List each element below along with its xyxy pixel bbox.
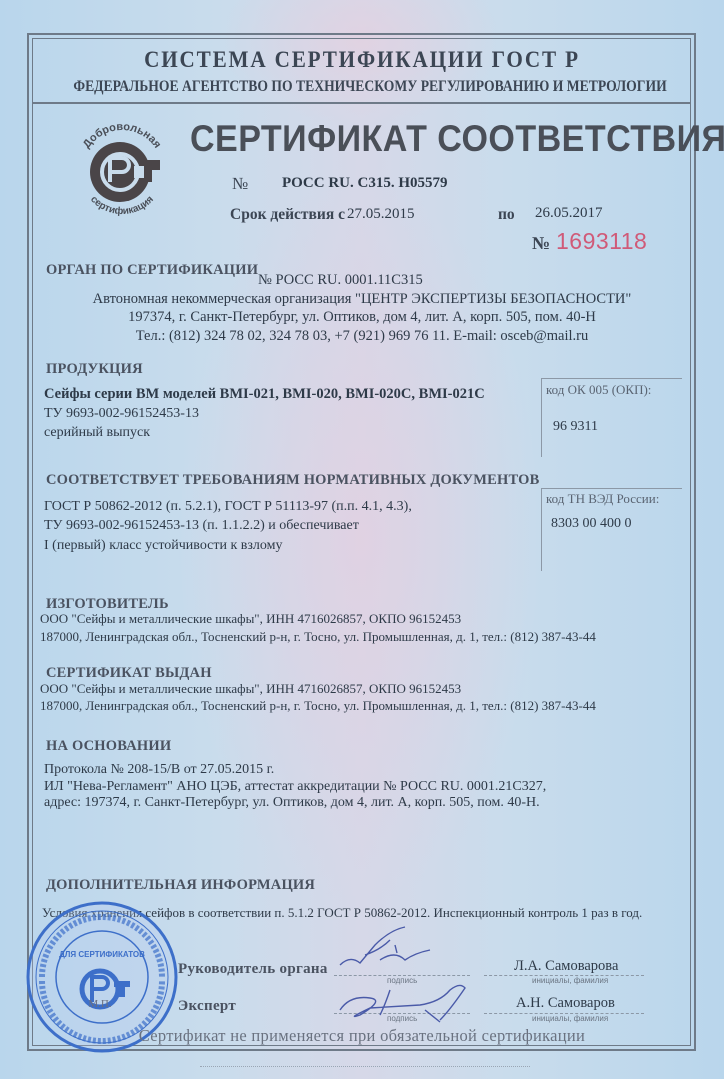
valid-from-date: 27.05.2015 bbox=[347, 206, 415, 223]
stamp-mp-text: М.П. bbox=[88, 998, 111, 1010]
header-divider bbox=[32, 102, 691, 104]
additional-info-heading: ДОПОЛНИТЕЛЬНАЯ ИНФОРМАЦИЯ bbox=[46, 877, 315, 894]
certification-body-number: № РОСС RU. 0001.11С315 bbox=[258, 272, 423, 289]
head-of-body-label: Руководитель органа bbox=[178, 961, 328, 978]
expert-name: А.Н. Самоваров bbox=[516, 995, 615, 1012]
issued-to-address: 187000, Ленинградская обл., Тосненский р… bbox=[40, 698, 596, 714]
basis-line-1: Протокола № 208-15/В от 27.05.2015 г. bbox=[44, 762, 274, 778]
product-production-type: серийный выпуск bbox=[44, 425, 150, 441]
expert-label: Эксперт bbox=[178, 998, 236, 1015]
rosstandart-logo-icon: Добровольная сертификация bbox=[72, 120, 172, 220]
head-signature-icon bbox=[335, 925, 445, 975]
stamp-center-text: ДЛЯ СЕРТИФИКАТОВ bbox=[59, 950, 145, 959]
basis-line-2: ИЛ "Нева-Регламент" АНО ЦЭБ, аттестат ак… bbox=[44, 779, 546, 795]
agency-name: ФЕДЕРАЛЬНОЕ АГЕНТСТВО ПО ТЕХНИЧЕСКОМУ РЕ… bbox=[73, 78, 650, 96]
product-name: Сейфы серии ВМ моделей BMI-021, BMI-020,… bbox=[44, 386, 485, 403]
valid-to-date: 26.05.2017 bbox=[535, 205, 603, 222]
conformity-line-2: ТУ 9693-002-96152453-13 (п. 1.1.2.2) и о… bbox=[44, 518, 359, 534]
expert-name-caption: инициалы, фамилия bbox=[532, 1014, 608, 1023]
tnved-value: 8303 00 400 0 bbox=[551, 516, 632, 532]
head-name: Л.А. Самоварова bbox=[514, 958, 618, 975]
okp-value: 96 9311 bbox=[553, 419, 598, 435]
conformity-line-3: I (первый) класс устойчивости к взлому bbox=[44, 538, 283, 554]
product-heading: ПРОДУКЦИЯ bbox=[46, 361, 143, 378]
blank-serial-number: 1693118 bbox=[556, 228, 647, 255]
basis-line-3: адрес: 197374, г. Санкт-Петербург, ул. О… bbox=[44, 795, 540, 811]
issued-to-name: ООО "Сейфы и металлические шкафы", ИНН 4… bbox=[40, 681, 461, 697]
footer-microprint bbox=[200, 1066, 530, 1070]
manufacturer-name: ООО "Сейфы и металлические шкафы", ИНН 4… bbox=[40, 611, 461, 627]
conformity-heading: СООТВЕТСТВУЕТ ТРЕБОВАНИЯМ НОРМАТИВНЫХ ДО… bbox=[46, 472, 540, 489]
registration-number: РОСС RU. С315. Н05579 bbox=[282, 175, 448, 192]
basis-heading: НА ОСНОВАНИИ bbox=[46, 738, 171, 755]
head-name-caption: инициалы, фамилия bbox=[532, 976, 608, 985]
number-symbol: № bbox=[232, 174, 248, 194]
certification-body-heading: ОРГАН ПО СЕРТИФИКАЦИИ bbox=[46, 262, 258, 279]
tnved-label: код ТН ВЭД России: bbox=[546, 491, 659, 507]
issued-to-heading: СЕРТИФИКАТ ВЫДАН bbox=[46, 665, 212, 682]
certificate-title: СЕРТИФИКАТ СООТВЕТСТВИЯ bbox=[190, 118, 724, 160]
certification-body-address: 197374, г. Санкт-Петербург, ул. Оптиков,… bbox=[0, 309, 724, 326]
product-spec: ТУ 9693-002-96152453-13 bbox=[44, 406, 199, 422]
voluntary-notice: Сертификат не применяется при обязательн… bbox=[0, 1026, 724, 1046]
manufacturer-address: 187000, Ленинградская обл., Тосненский р… bbox=[40, 629, 596, 645]
system-title: СИСТЕМА СЕРТИФИКАЦИИ ГОСТ Р bbox=[29, 47, 695, 73]
validity-label: Срок действия с bbox=[230, 206, 345, 224]
certification-body-name: Автономная некоммерческая организация "Ц… bbox=[0, 291, 724, 308]
certification-body-contacts: Тел.: (812) 324 78 02, 324 78 03, +7 (92… bbox=[0, 328, 724, 345]
valid-to-label: по bbox=[498, 206, 515, 224]
blank-serial-symbol: № bbox=[532, 233, 550, 254]
conformity-line-1: ГОСТ Р 50862-2012 (п. 5.2.1), ГОСТ Р 511… bbox=[44, 499, 412, 515]
expert-signature-icon bbox=[330, 980, 480, 1025]
okp-label: код ОК 005 (ОКП): bbox=[546, 382, 651, 398]
